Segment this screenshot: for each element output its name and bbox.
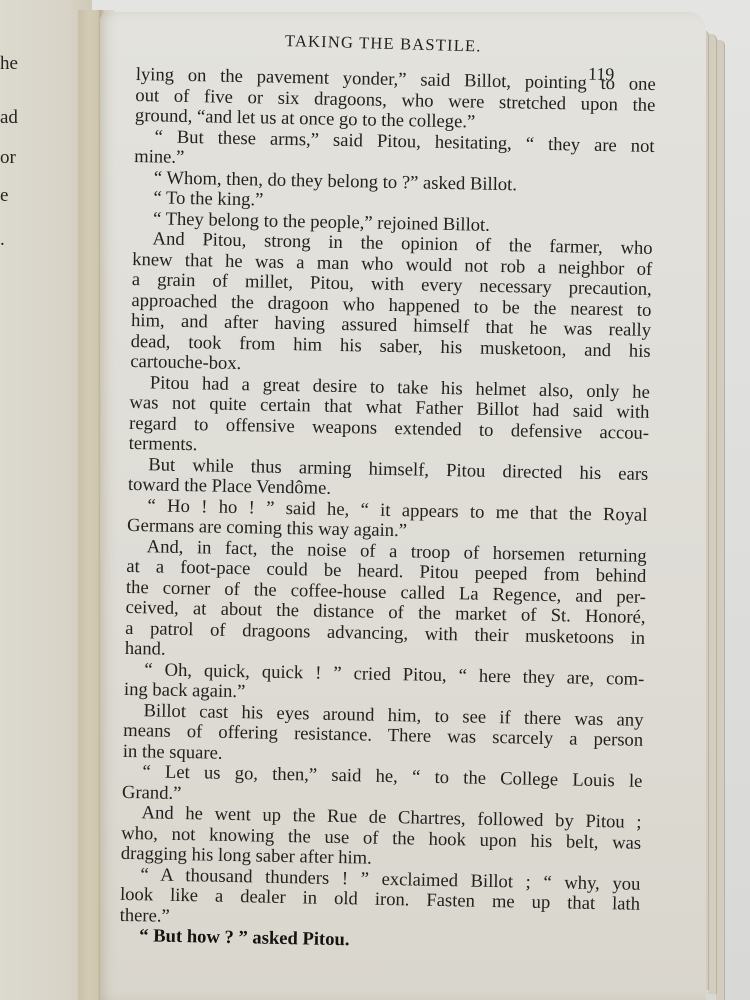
left-page-fragment: e — [0, 186, 20, 205]
running-head: TAKING THE BASTILE. — [285, 31, 482, 56]
left-page-fragment: or — [0, 148, 20, 167]
left-page-fragment: ad — [0, 108, 20, 127]
body-text: lying on the pavement yonder,” said Bill… — [119, 65, 656, 956]
left-page-fragment: he — [0, 54, 20, 73]
page-stack-edge — [716, 40, 725, 1000]
book-page: TAKING THE BASTILE. 119 lying on the pav… — [100, 12, 706, 1000]
page-stack-edge — [708, 34, 717, 994]
left-page-fragment: . — [0, 230, 20, 249]
